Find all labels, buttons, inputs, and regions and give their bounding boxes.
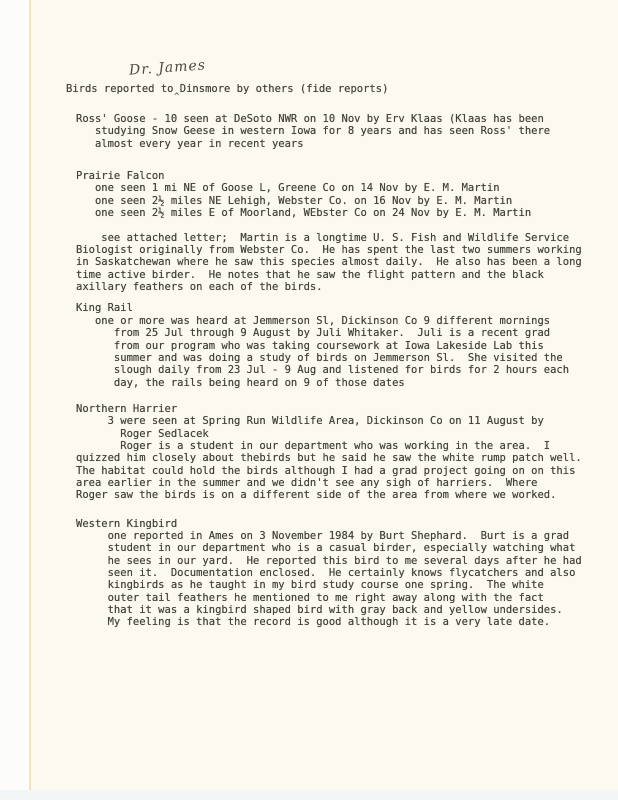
document-body: Ross' Goose - 10 seen at DeSoto NWR on 1… [76, 113, 614, 629]
text-line: time active birder. He notes that he saw… [76, 269, 614, 281]
page-bottom-edge [0, 790, 618, 800]
text-line: one seen 2½ miles E of Moorland, WEbster… [76, 207, 614, 219]
text-line: kingbirds as he taught in my bird study … [76, 579, 614, 591]
section-ross-goose: Ross' Goose - 10 seen at DeSoto NWR on 1… [76, 113, 614, 150]
text-line: outer tail feathers he mentioned to me r… [76, 592, 614, 604]
text-line: My feeling is that the record is good al… [76, 616, 614, 628]
text-line: one reported in Ames on 3 November 1984 … [76, 530, 614, 542]
text-line: from 25 Jul through 9 August by Juli Whi… [76, 327, 614, 339]
text-line: he sees in our yard. He reported this bi… [76, 555, 614, 567]
scanner-bed-strip [0, 0, 29, 800]
text-line: studying Snow Geese in western Iowa for … [76, 125, 614, 137]
text-line: seen it. Documentation enclosed. He cert… [76, 567, 614, 579]
text-line: almost every year in recent years [76, 138, 614, 150]
scanned-document: Dr. James ^ Birds reported to Dinsmore b… [0, 0, 618, 800]
text-line: Ross' Goose - 10 seen at DeSoto NWR on 1… [76, 113, 614, 125]
text-line: summer and was doing a study of birds on… [76, 352, 614, 364]
text-line: in Saskatchewan where he saw this specie… [76, 256, 614, 268]
text-line: Roger Sedlacek [76, 428, 614, 440]
section-king-rail: King Rail one or more was heard at Jemme… [76, 302, 614, 388]
text-line: see attached letter; Martin is a longtim… [76, 232, 614, 244]
text-line: one seen 1 mi NE of Goose L, Greene Co o… [76, 182, 614, 194]
handwritten-annotation: Dr. James [129, 57, 207, 78]
section-northern-harrier: Northern Harrier 3 were seen at Spring R… [76, 403, 614, 502]
text-line: Northern Harrier [76, 403, 614, 415]
text-line: that it was a kingbird shaped bird with … [76, 604, 614, 616]
text-line: axillary feathers on each of the birds. [76, 281, 614, 293]
text-line: slough daily from 23 Jul - 9 Aug and lis… [76, 364, 614, 376]
text-line: Western Kingbird [76, 518, 614, 530]
text-line: one seen 2½ miles NE Lehigh, Webster Co.… [76, 195, 614, 207]
text-line: area earlier in the summer and we didn't… [76, 477, 614, 489]
text-line: Roger saw the birds is on a different si… [76, 489, 614, 501]
text-line: King Rail [76, 302, 614, 314]
text-line: The habitat could hold the birds althoug… [76, 465, 614, 477]
text-line: Prairie Falcon [76, 170, 614, 182]
text-line: quizzed him closely about thebirds but h… [76, 452, 614, 464]
section-western-kingbird: Western Kingbird one reported in Ames on… [76, 518, 614, 629]
text-line: Biologist originally from Webster Co. He… [76, 244, 614, 256]
section-prairie-falcon: Prairie Falcon one seen 1 mi NE of Goose… [76, 170, 614, 293]
text-line: student in our department who is a casua… [76, 542, 614, 554]
text-line: Roger is a student in our department who… [76, 440, 614, 452]
document-title: Birds reported to Dinsmore by others (fi… [66, 83, 388, 95]
text-line [76, 219, 614, 231]
text-line: one or more was heard at Jemmerson Sl, D… [76, 315, 614, 327]
document-page: Dr. James ^ Birds reported to Dinsmore b… [29, 0, 618, 790]
text-line: from our program who was taking coursewo… [76, 340, 614, 352]
text-line: 3 were seen at Spring Run Wildlife Area,… [76, 415, 614, 427]
text-line: day, the rails being heard on 9 of those… [76, 377, 614, 389]
